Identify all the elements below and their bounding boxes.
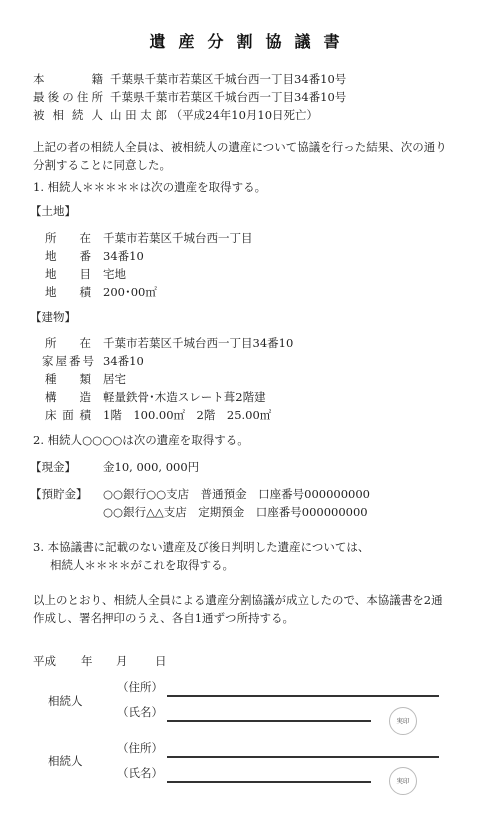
item1-heading: 1. 相続人＊＊＊＊＊は次の遺産を取得する。: [33, 178, 266, 196]
deposits-label: 【預貯金】: [30, 485, 88, 503]
signatory-2-address-line[interactable]: [167, 756, 439, 758]
closing-line-2: 作成し、署名押印のうえ、各自1通ずつ所持する。: [33, 609, 453, 627]
signatory-2-name-label: （氏名）: [117, 764, 163, 782]
signatory-2-name-line[interactable]: [167, 781, 371, 783]
date-year: 年: [81, 652, 93, 670]
item3-line-2: 相続人＊＊＊＊がこれを取得する。: [50, 556, 234, 574]
header-label-decedent: 被相続人: [33, 106, 103, 124]
closing-line-1: 以上のとおり、相続人全員による遺産分割協議が成立したので、本協議書を2通: [33, 591, 453, 609]
building-value-location: 千葉市若葉区千城台西一丁目34番10: [103, 334, 293, 352]
signatory-1-role: 相続人: [48, 692, 83, 710]
building-label-location: 所在: [45, 334, 91, 352]
building-value-floor-area: 1階 100.00㎡ 2階 25.00㎡: [103, 406, 271, 424]
signatory-2-seal-circle: 実印: [389, 767, 417, 795]
cash-label: 【現金】: [30, 458, 76, 476]
building-label-type: 種類: [45, 370, 91, 388]
deposit-row-2: ○○銀行△△支店 定期預金 口座番号000000000: [103, 503, 368, 521]
land-label-area: 地積: [45, 283, 91, 301]
land-label-lot-number: 地番: [45, 247, 91, 265]
signatory-2-address-label: （住所）: [117, 739, 163, 757]
land-label-location: 所在: [45, 229, 91, 247]
building-label-floor-area: 床面積: [45, 406, 91, 424]
building-value-structure: 軽量鉄骨･木造スレート葺2階建: [103, 388, 266, 406]
item3-line-1: 3. 本協議書に記載のない遺産及び後日判明した遺産については、: [33, 538, 369, 556]
date-era: 平成: [33, 652, 56, 670]
header-value-last-address: 千葉県千葉市若葉区千城台西一丁目34番10号: [110, 88, 346, 106]
deposit-row-1: ○○銀行○○支店 普通預金 口座番号000000000: [103, 485, 370, 503]
date-month: 月: [116, 652, 128, 670]
signatory-1-name-label: （氏名）: [117, 703, 163, 721]
header-label-honseki: 本籍: [33, 70, 103, 88]
signatory-1-seal-circle: 実印: [389, 707, 417, 735]
signatory-1-address-line[interactable]: [167, 695, 439, 697]
signatory-2-role: 相続人: [48, 752, 83, 770]
building-label-structure: 構造: [45, 388, 91, 406]
signatory-1-address-label: （住所）: [117, 678, 163, 696]
header-value-honseki: 千葉県千葉市若葉区千城台西一丁目34番10号: [110, 70, 346, 88]
building-value-house-number: 34番10: [103, 352, 144, 370]
header-value-decedent: 山 田 太 郎 （平成24年10月10日死亡）: [110, 106, 318, 124]
land-value-lot-number: 34番10: [103, 247, 144, 265]
land-value-location: 千葉市若葉区千城台西一丁目: [103, 229, 253, 247]
document-title: 遺産分割協議書: [0, 33, 480, 51]
item2-heading: 2. 相続人○○○○は次の遺産を取得する。: [33, 431, 249, 449]
land-label-category: 地目: [45, 265, 91, 283]
date-day: 日: [155, 652, 167, 670]
land-value-area: 200･00㎡: [103, 283, 157, 301]
cash-value: 金10, 000, 000円: [103, 458, 199, 476]
building-label-house-number: 家屋番号: [42, 352, 94, 370]
intro-line-1: 上記の者の相続人全員は、被相続人の遺産について協議を行った結果、次の通り: [33, 138, 453, 156]
header-label-last-address: 最後の住所: [33, 88, 103, 106]
building-section-label: 【建物】: [30, 308, 76, 326]
intro-line-2: 分割することに同意した。: [33, 156, 453, 174]
signatory-1-name-line[interactable]: [167, 720, 371, 722]
land-value-category: 宅地: [103, 265, 126, 283]
land-section-label: 【土地】: [30, 202, 76, 220]
building-value-type: 居宅: [103, 370, 126, 388]
